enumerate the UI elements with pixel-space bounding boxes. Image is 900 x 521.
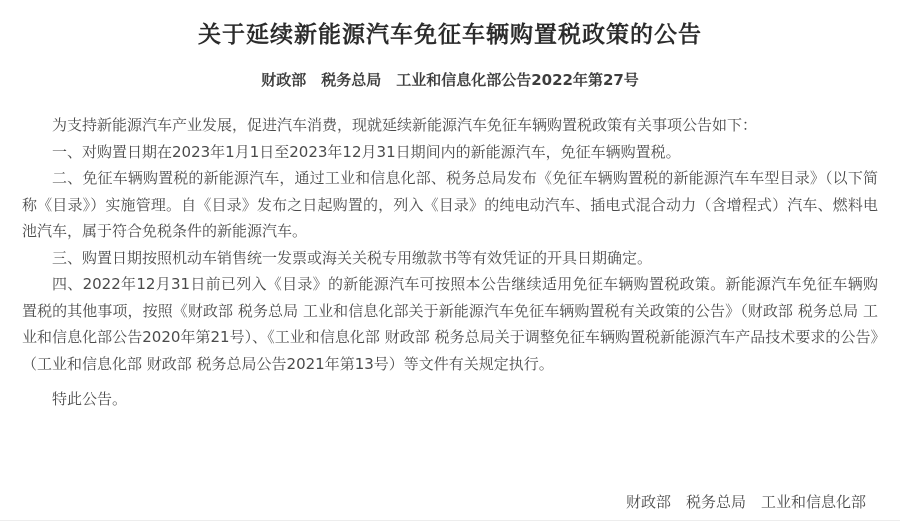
document-body: 为支持新能源汽车产业发展，促进汽车消费，现就延续新能源汽车免征车辆购置税政策有关… (22, 112, 878, 413)
closing-statement: 特此公告。 (22, 386, 878, 413)
paragraph-intro: 为支持新能源汽车产业发展，促进汽车消费，现就延续新能源汽车免征车辆购置税政策有关… (22, 112, 878, 139)
announcement-document: 关于延续新能源汽车免征车辆购置税政策的公告 财政部 税务总局 工业和信息化部公告… (0, 0, 900, 521)
paragraph-item-3: 三、购置日期按照机动车销售统一发票或海关关税专用缴款书等有效凭证的开具日期确定。 (22, 245, 878, 272)
document-title: 关于延续新能源汽车免征车辆购置税政策的公告 (22, 20, 878, 50)
issuing-agencies-signature: 财政部 税务总局 工业和信息化部 (626, 492, 866, 512)
document-number: 财政部 税务总局 工业和信息化部公告2022年第27号 (22, 71, 878, 89)
paragraph-item-1: 一、对购置日期在2023年1月1日至2023年12月31日期间内的新能源汽车，免… (22, 139, 878, 166)
paragraph-item-4: 四、2022年12月31日前已列入《目录》的新能源汽车可按照本公告继续适用免征车… (22, 271, 878, 377)
paragraph-item-2: 二、免征车辆购置税的新能源汽车，通过工业和信息化部、税务总局发布《免征车辆购置税… (22, 165, 878, 245)
